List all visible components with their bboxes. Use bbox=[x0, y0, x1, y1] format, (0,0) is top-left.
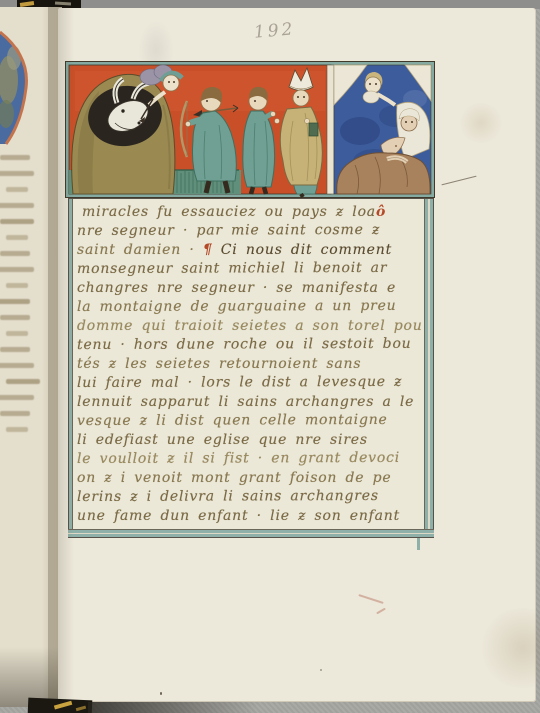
line-text: miracles fu essauciez ou pays ƶ loa bbox=[82, 204, 376, 220]
ghost-line bbox=[6, 427, 28, 432]
ghost-line bbox=[0, 347, 30, 352]
text-line: on ƶ i venoit mont grant foison de pe bbox=[77, 469, 423, 488]
manuscript-page: 192 bbox=[58, 8, 536, 702]
manuscript-text: miracles fu essauciez ou pays ƶ loaô nre… bbox=[77, 203, 423, 529]
text-line: nre segneur · par mie saint cosme ƶ bbox=[77, 221, 423, 241]
ghost-line bbox=[6, 379, 40, 384]
text-frame-bottom bbox=[68, 529, 434, 538]
parchment-stain bbox=[478, 608, 540, 688]
headband-thread bbox=[76, 706, 86, 712]
ghost-text-lines bbox=[0, 155, 42, 439]
headband-thread bbox=[54, 701, 72, 710]
headband-thread bbox=[55, 1, 71, 5]
text-line: lennuit sapparut li sains archangres a l… bbox=[77, 393, 423, 412]
ghost-line bbox=[6, 235, 28, 240]
text-frame-right bbox=[424, 199, 434, 538]
text-line: lerins ƶ i delivra li sains archangres bbox=[77, 487, 423, 507]
text-line: tenu · hors dune roche ou il sestoit bou bbox=[77, 335, 423, 355]
ghost-line bbox=[0, 171, 34, 176]
folio-number: 192 bbox=[253, 19, 296, 43]
miniature-painting bbox=[65, 61, 435, 198]
line-text: Ci nous dit comment bbox=[213, 242, 392, 258]
ghost-line bbox=[0, 155, 30, 160]
ink-speck bbox=[160, 692, 162, 695]
text-line: monsegneur saint michiel li benoit ar bbox=[77, 259, 423, 279]
ghost-line bbox=[0, 315, 30, 320]
text-line: la montaigne de guarguaine a un preu bbox=[77, 297, 423, 317]
text-line: saint damien · ¶ Ci nous dit comment bbox=[77, 241, 423, 260]
ghost-line bbox=[0, 219, 34, 224]
pen-scratch bbox=[441, 176, 476, 186]
ghost-line bbox=[0, 267, 34, 272]
faded-red-mark bbox=[376, 608, 386, 615]
bottom-edge-shadow bbox=[88, 702, 258, 713]
facing-page-miniature-fragment bbox=[0, 24, 44, 146]
ghost-line bbox=[6, 331, 28, 336]
text-line: vesque ƶ li dist quen celle montaigne bbox=[77, 411, 423, 431]
text-line: lui faire mal · lors le dist a levesque … bbox=[77, 373, 423, 393]
text-frame-tick bbox=[417, 538, 420, 550]
red-initial: ô bbox=[376, 204, 386, 220]
ghost-line bbox=[0, 411, 30, 416]
text-line: tés ƶ les seietes retournoient sans bbox=[77, 355, 423, 374]
ghost-line bbox=[0, 395, 34, 400]
manuscript-photo: 192 bbox=[0, 0, 540, 713]
gutter-shadow bbox=[48, 7, 74, 707]
text-line: changres nre segneur · se manifesta e bbox=[77, 279, 423, 298]
pilcrow-mark: ¶ bbox=[203, 242, 213, 258]
ghost-line bbox=[6, 187, 28, 192]
ink-speck bbox=[320, 669, 322, 671]
panel-divider bbox=[327, 65, 334, 194]
line-text: saint damien · bbox=[77, 242, 203, 258]
ghost-line bbox=[0, 203, 34, 208]
ghost-line bbox=[0, 251, 30, 256]
ghost-line bbox=[6, 283, 28, 288]
ghost-line bbox=[0, 299, 30, 304]
text-line: domme qui traioit seietes a son torel po… bbox=[77, 317, 423, 336]
text-block: miracles fu essauciez ou pays ƶ loaô nre… bbox=[68, 198, 434, 538]
ghost-line bbox=[0, 363, 34, 368]
parchment-stain bbox=[458, 103, 504, 143]
text-line: le voulloit ƶ il si fist · en grant devo… bbox=[77, 449, 423, 469]
text-line: miracles fu essauciez ou pays ƶ loaô bbox=[77, 203, 423, 222]
text-line: une fame dun enfant · lie ƶ son enfant bbox=[77, 507, 423, 526]
faded-red-mark bbox=[358, 594, 383, 604]
text-line: li edefiast une eglise que nre sires bbox=[77, 431, 423, 450]
spine-tail-bottom bbox=[28, 698, 93, 713]
